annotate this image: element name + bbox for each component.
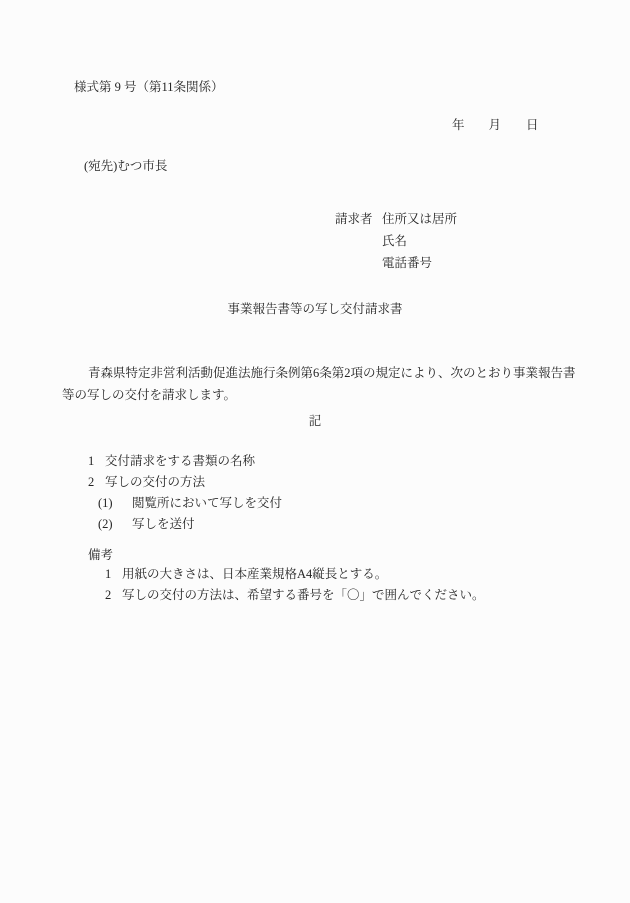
sub-item-1-text: 閲覧所において写しを交付 (132, 496, 282, 510)
addressee: (宛先)むつ市長 (84, 159, 167, 174)
requester-field-address: 住所又は居所 (382, 212, 457, 227)
sub-item-2-text: 写しを送付 (132, 517, 195, 531)
remark-item-1-text: 用紙の大きさは、日本産業規格A4縦長とする。 (122, 567, 387, 581)
requester-label: 請求者 (335, 212, 373, 227)
list-item-2: 2写しの交付の方法 (88, 475, 205, 490)
date-year-label: 年 (452, 118, 465, 132)
document-title: 事業報告書等の写し交付請求書 (0, 302, 630, 317)
date-month-label: 月 (489, 118, 502, 132)
date-line: 年月日 (452, 118, 539, 133)
sub-item-1: (1)閲覧所において写しを交付 (98, 496, 282, 511)
date-day-label: 日 (526, 118, 539, 132)
sub-item-1-number: (1) (98, 496, 132, 511)
body-paragraph-line-2: 等の写しの交付を請求します。 (62, 388, 236, 403)
requester-field-name: 氏名 (382, 234, 407, 249)
list-item-1: 1交付請求をする書類の名称 (88, 454, 255, 469)
list-item-1-text: 交付請求をする書類の名称 (105, 454, 255, 468)
requester-field-phone: 電話番号 (382, 256, 432, 271)
form-number: 様式第 9 号（第11条関係） (74, 80, 224, 95)
sub-item-2-number: (2) (98, 517, 132, 532)
remark-item-2-text: 写しの交付の方法は、希望する番号を「〇」で囲んでください。 (122, 588, 485, 602)
list-item-1-number: 1 (88, 454, 105, 469)
body-paragraph-line-1: 青森県特定非営利活動促進法施行条例第6条第2項の規定により、次のとおり事業報告書 (88, 366, 576, 381)
remark-item-1: 1用紙の大きさは、日本産業規格A4縦長とする。 (105, 567, 387, 582)
remark-item-2: 2写しの交付の方法は、希望する番号を「〇」で囲んでください。 (105, 588, 485, 603)
sub-item-2: (2)写しを送付 (98, 517, 195, 532)
remark-item-2-number: 2 (105, 588, 122, 603)
list-item-2-number: 2 (88, 475, 105, 490)
list-item-2-text: 写しの交付の方法 (105, 475, 205, 489)
remark-item-1-number: 1 (105, 567, 122, 582)
document-page: 様式第 9 号（第11条関係） 年月日 (宛先)むつ市長 請求者 住所又は居所 … (0, 0, 630, 903)
remarks-label: 備考 (88, 548, 113, 563)
record-marker: 記 (0, 414, 630, 429)
